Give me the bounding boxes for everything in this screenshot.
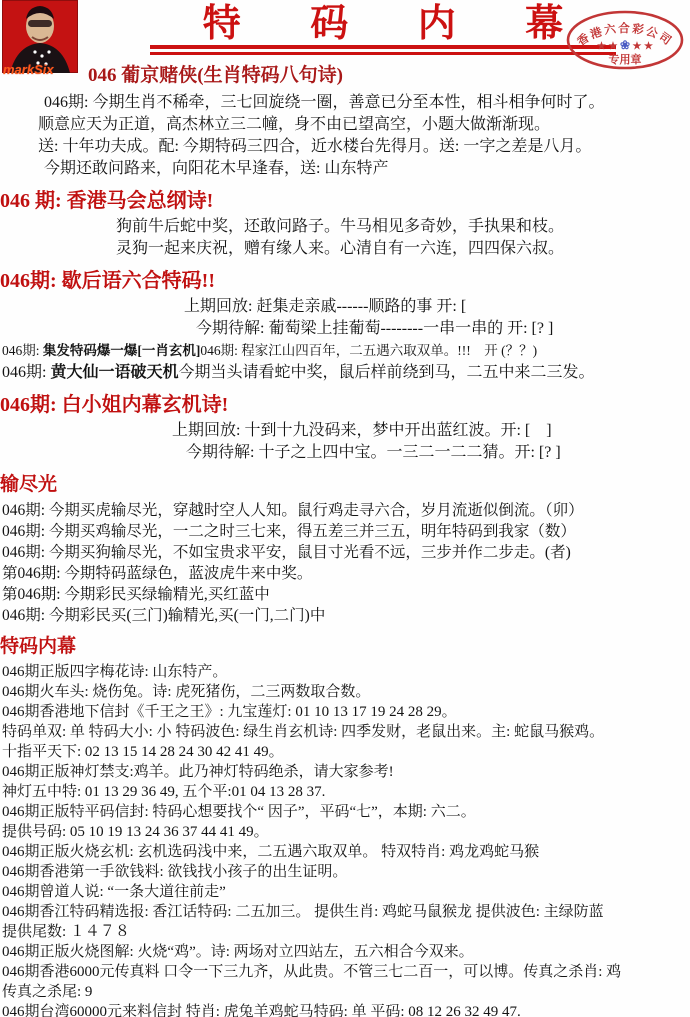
stamp-bottom-text: 专用章 xyxy=(609,52,642,66)
line-rest: 046期: 程家江山四百年，二五遇六取双单。!!! 开 (？？) xyxy=(200,343,537,358)
section-temaneimu: 特码内幕 046期正版四字梅花诗: 山东特产。 046期火车头: 烧伤兔。诗: … xyxy=(0,634,690,1017)
text-line: 046期正版特平码信封: 特码心想要找个“ 因子”，平码“七”，本期: 六二。 xyxy=(2,802,690,822)
text-line: 046期正版火烧玄机: 玄机选码浅中来，二五遇六取双单。 特双特肖: 鸡龙鸡蛇马… xyxy=(2,842,690,862)
section-heading-xiehouyu: 046期: 歇后语六合特码!! xyxy=(0,268,690,294)
text-line: 提供号码: 05 10 19 13 24 36 37 44 41 49。 xyxy=(2,822,690,842)
text-line: 046期香港第一手欲钱料: 欲钱找小孩子的出生证明。 xyxy=(2,862,690,882)
text-line: 046期正版火烧图解: 火烧“鸡”。诗: 两场对立四站左，五六相合今双来。 xyxy=(2,942,690,962)
section-heading-zonggang: 046 期: 香港马会总纲诗! xyxy=(0,188,690,214)
page-title: 特 码 内 幕 xyxy=(150,4,616,44)
text-line: 顺意应天为正道，高杰林立三二幢，身不由已望高空，小题大做渐渐现。 xyxy=(38,114,690,136)
text-line: 046期火车头: 烧伤兔。诗: 虎死猪伤，二三两数取合数。 xyxy=(2,682,690,702)
section-heading-shujinguang: 输尽光 xyxy=(0,472,690,498)
stamp-stars-right: ★ ★ xyxy=(633,41,653,52)
text-line: 046期: 今期彩民买(三门)输精光,买(一门,二门)中 xyxy=(2,605,690,626)
text-line: 046期正版神灯禁支:鸡羊。此乃神灯特码绝杀，请大家参考! xyxy=(2,762,690,782)
text-line: 今期待解: 葡萄梁上挂葡萄--------一串一串的 开: [? ] xyxy=(196,318,690,340)
text-line: 046期: 集发特码爆一爆[一肖玄机]046期: 程家江山四百年，二五遇六取双单… xyxy=(2,340,690,362)
text-line: 046期香港地下信封《千王之王》: 九宝莲灯: 01 10 13 17 19 2… xyxy=(2,702,690,722)
text-line: 提供尾数: １４７８ xyxy=(2,922,690,942)
section-xiehouyu: 046期: 歇后语六合特码!! 上期回放: 赶集走亲戚------顺路的事 开:… xyxy=(0,268,690,384)
text-line: 第046期: 今期特码蓝绿色，蓝波虎牛来中奖。 xyxy=(2,563,690,584)
text-line: 046期香江特码精选报: 香江话特码: 二五加三。 提供生肖: 鸡蛇马鼠猴龙 提… xyxy=(2,902,690,922)
text-line: 灵狗一起来庆祝，赠有缘人来。心清自有一六连，四四保六叔。 xyxy=(116,238,690,260)
marksix-watermark: markSix xyxy=(3,62,54,77)
section-heading-baixiaojie: 046期: 白小姐内幕玄机诗! xyxy=(0,392,690,418)
text-line: 046期台湾60000元来料信封 特肖: 虎兔羊鸡蛇马特码: 单 平码: 08 … xyxy=(2,1002,690,1017)
stamp-image: 香港六合彩公司 ★ ★ ❀ ★ ★ 专用章 xyxy=(564,8,686,72)
text-line: 特码单双: 单 特码大小: 小 特码波色: 绿生肖玄机诗: 四季发财，老鼠出来。… xyxy=(2,722,690,742)
line-bold-segment: 黄大仙一语破天机 xyxy=(50,364,178,381)
portrait-photo: markSix xyxy=(2,0,78,73)
stamp-flower-icon: ❀ xyxy=(620,38,630,52)
text-line: 神灯五中特: 01 13 29 36 49, 五个平:01 04 13 28 3… xyxy=(2,782,690,802)
title-block: 特 码 内 幕 xyxy=(150,4,616,55)
text-line: 046期: 今期买虎输尽光，穿越时空人人知。鼠行鸡走寻六合，岁月流逝似倒流。（卯… xyxy=(2,500,690,521)
company-stamp: 香港六合彩公司 ★ ★ ❀ ★ ★ 专用章 xyxy=(564,8,686,72)
text-line: 046期: 黄大仙一语破天机今期当头请看蛇中奖，鼠后样前绕到马，二五中来二三发。 xyxy=(2,362,690,384)
svg-text:★ ★ ❀ ★ ★: ★ ★ ❀ ★ ★ xyxy=(597,38,653,52)
text-line: 狗前牛后蛇中奖，还敢问路子。牛马相见多奇妙，手执果和枝。 xyxy=(116,216,690,238)
line-prefix: 046期: xyxy=(2,343,43,358)
title-underline-thick xyxy=(150,45,616,49)
text-line: 上期回放: 赶集走亲戚------顺路的事 开: [ xyxy=(184,296,690,318)
section-shujinguang: 输尽光 046期: 今期买虎输尽光，穿越时空人人知。鼠行鸡走寻六合，岁月流逝似倒… xyxy=(0,472,690,626)
text-line: 上期回放: 十到十九没码来，梦中开出蓝红波。开: [ ] xyxy=(172,420,690,442)
text-line: 046期: 今期生肖不稀牵，三七回旋绕一圈，善意已分至本性，相斗相争何时了。 xyxy=(44,92,690,114)
title-underline-thin xyxy=(150,52,616,55)
text-line: 十指平天下: 02 13 15 14 28 24 30 42 41 49。 xyxy=(2,742,690,762)
text-line: 046期曾道人说: “一条大道往前走” xyxy=(2,882,690,902)
section-pujing-poem: 046 葡京赌侠(生肖特码八句诗) 046期: 今期生肖不稀牵，三七回旋绕一圈，… xyxy=(0,64,690,180)
text-line: 046期正版四字梅花诗: 山东特产。 xyxy=(2,662,690,682)
text-line: 第046期: 今期彩民买绿输精光,买红蓝中 xyxy=(2,584,690,605)
line-rest: 今期当头请看蛇中奖，鼠后样前绕到马，二五中来二三发。 xyxy=(178,364,594,381)
text-line: 046期香港6000元传真料 口令一下三九齐，从此贵。不管三七二百一，可以博。传… xyxy=(2,962,690,982)
line-bold-segment: 集发特码爆一爆[一肖玄机] xyxy=(43,343,201,358)
header: markSix 特 码 内 幕 香港六合彩公司 ★ ★ ❀ ★ ★ 专用章 xyxy=(0,0,690,62)
line-prefix: 046期: xyxy=(2,364,50,381)
text-line: 送: 十年功夫成。配: 今期特码三四合，近水楼台先得月。送: 一字之差是八月。 xyxy=(38,136,690,158)
text-line: 今期待解: 十子之上四中宝。一三二一二二猜。开: [? ] xyxy=(186,442,690,464)
tip-sheet-page: markSix 特 码 内 幕 香港六合彩公司 ★ ★ ❀ ★ ★ 专用章 xyxy=(0,0,690,1017)
text-line: 今期还敢问路来，向阳花木早逢春，送: 山东特产 xyxy=(44,158,690,180)
stamp-stars-left: ★ ★ xyxy=(597,41,617,52)
section-zonggang-poem: 046 期: 香港马会总纲诗! 狗前牛后蛇中奖，还敢问路子。牛马相见多奇妙，手执… xyxy=(0,188,690,260)
section-heading-temaneimu: 特码内幕 xyxy=(0,634,690,660)
text-line: 046期: 今期买鸡输尽光，一二之时三七来，得五差三并三五，明年特码到我家（数） xyxy=(2,521,690,542)
text-line: 046期: 今期买狗输尽光，不如宝贵求平安，鼠目寸光看不远，三步并作二步走。(者… xyxy=(2,542,690,563)
section-baixiaojie: 046期: 白小姐内幕玄机诗! 上期回放: 十到十九没码来，梦中开出蓝红波。开:… xyxy=(0,392,690,464)
text-line: 传真之杀尾: 9 xyxy=(2,982,690,1002)
